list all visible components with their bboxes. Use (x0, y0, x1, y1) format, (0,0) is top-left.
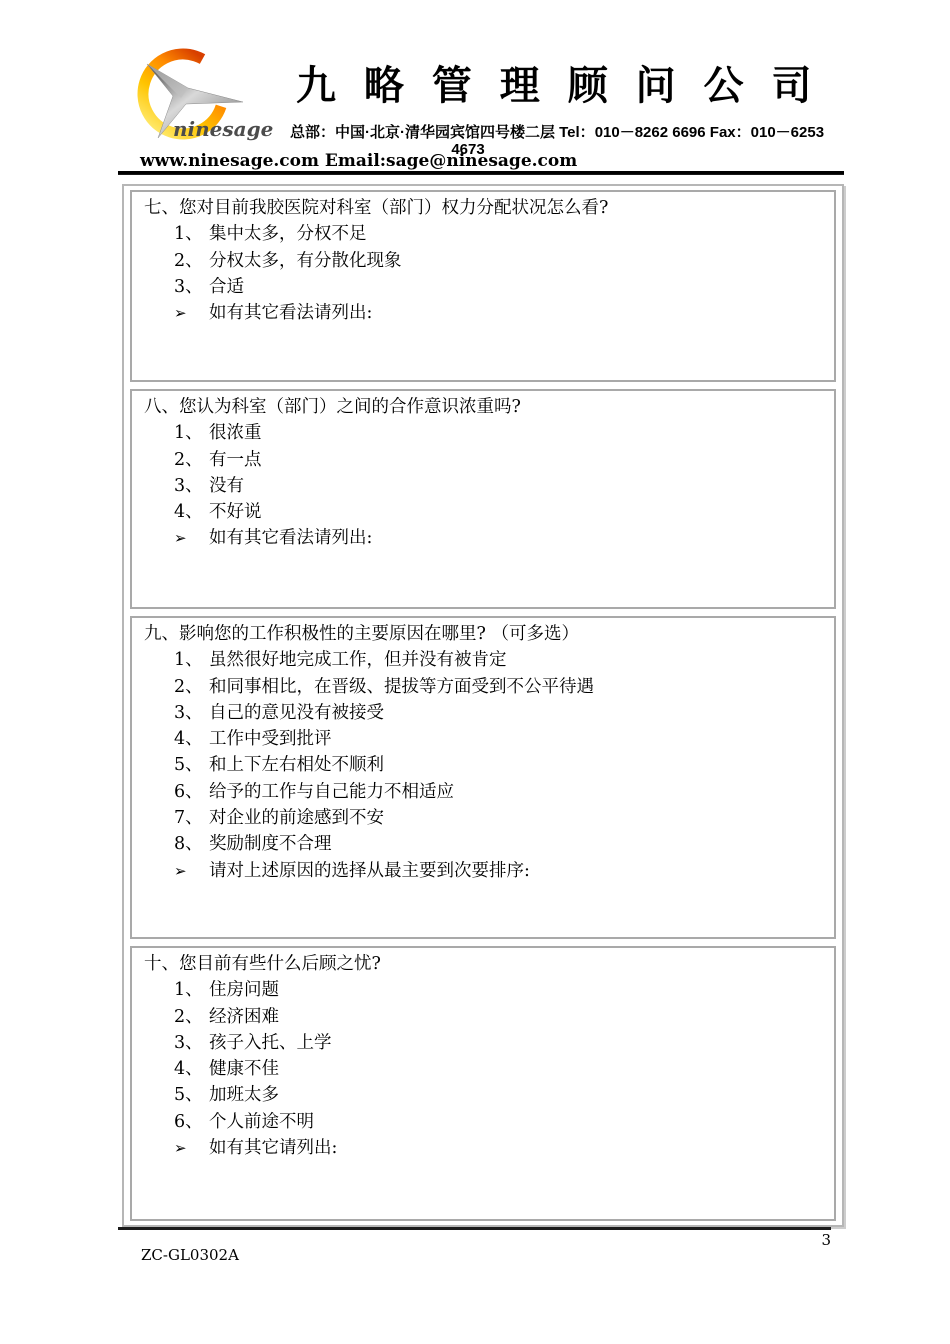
option-number: 3、 (174, 274, 209, 300)
option-text: 健康不佳 (209, 1056, 279, 1082)
option-row: 1、虽然很好地完成工作，但并没有被肯定 (174, 647, 822, 673)
option-row: 7、对企业的前途感到不安 (174, 805, 822, 831)
other-prompt-row: ➢如有其它看法请列出: (174, 525, 822, 551)
option-text: 对企业的前途感到不安 (209, 805, 384, 831)
arrow-bullet-icon: ➢ (174, 858, 209, 884)
option-text: 和同事相比，在晋级、提拔等方面受到不公平待遇 (209, 674, 594, 700)
option-row: 4、工作中受到批评 (174, 726, 822, 752)
option-text: 住房问题 (209, 977, 279, 1003)
option-row: 2、分权太多，有分散化现象 (174, 248, 822, 274)
question-box-7: 七、您对目前我胶医院对科室（部门）权力分配状况怎么看?1、集中太多，分权不足2、… (130, 190, 836, 382)
ninesage-wordmark: ninesage (173, 117, 273, 141)
arrow-bullet-icon: ➢ (174, 525, 209, 551)
question-title: 十、您目前有些什么后顾之忧? (144, 951, 822, 977)
option-text: 没有 (209, 473, 244, 499)
option-row: 3、合适 (174, 274, 822, 300)
option-text: 集中太多，分权不足 (209, 221, 367, 247)
option-text: 很浓重 (209, 420, 262, 446)
other-prompt-text: 请对上述原因的选择从最主要到次要排序: (209, 858, 530, 884)
question-title: 七、您对目前我胶医院对科室（部门）权力分配状况怎么看? (144, 195, 822, 221)
option-number: 2、 (174, 1004, 209, 1030)
option-row: 2、经济困难 (174, 1004, 822, 1030)
option-text: 孩子入托、上学 (209, 1030, 332, 1056)
document-code: ZC-GL0302A (141, 1246, 239, 1264)
option-text: 不好说 (209, 499, 262, 525)
option-text: 分权太多，有分散化现象 (209, 248, 402, 274)
option-row: 8、奖励制度不合理 (174, 831, 822, 857)
option-number: 6、 (174, 1109, 209, 1135)
option-number: 4、 (174, 726, 209, 752)
option-text: 有一点 (209, 447, 262, 473)
arrow-bullet-icon: ➢ (174, 300, 209, 326)
option-row: 3、孩子入托、上学 (174, 1030, 822, 1056)
option-number: 2、 (174, 248, 209, 274)
footer-divider (118, 1227, 831, 1230)
option-number: 3、 (174, 473, 209, 499)
question-title: 九、影响您的工作积极性的主要原因在哪里? （可多选） (144, 621, 822, 647)
question-title: 八、您认为科室（部门）之间的合作意识浓重吗? (144, 394, 822, 420)
option-text: 经济困难 (209, 1004, 279, 1030)
arrow-bullet-icon: ➢ (174, 1135, 209, 1161)
company-name: 九 略 管 理 顾 问 公 司 (296, 54, 801, 111)
option-row: 3、没有 (174, 473, 822, 499)
option-row: 5、加班太多 (174, 1082, 822, 1108)
option-row: 1、住房问题 (174, 977, 822, 1003)
header-divider (118, 171, 844, 175)
option-text: 自己的意见没有被接受 (209, 700, 384, 726)
option-text: 个人前途不明 (209, 1109, 314, 1135)
option-number: 7、 (174, 805, 209, 831)
option-number: 1、 (174, 977, 209, 1003)
web-email-line: www.ninesage.com Email:sage@ninesage.com (140, 151, 577, 171)
option-number: 6、 (174, 779, 209, 805)
option-row: 3、自己的意见没有被接受 (174, 700, 822, 726)
option-number: 1、 (174, 221, 209, 247)
option-number: 3、 (174, 700, 209, 726)
question-box-9: 九、影响您的工作积极性的主要原因在哪里? （可多选）1、虽然很好地完成工作，但并… (130, 616, 836, 939)
option-number: 3、 (174, 1030, 209, 1056)
option-row: 5、和上下左右相处不顺利 (174, 752, 822, 778)
option-text: 和上下左右相处不顺利 (209, 752, 384, 778)
other-prompt-row: ➢如有其它看法请列出: (174, 300, 822, 326)
option-number: 5、 (174, 1082, 209, 1108)
option-number: 4、 (174, 1056, 209, 1082)
ninesage-logo: ninesage (131, 46, 303, 146)
hq-address-line: 总部：中国·北京·清华园宾馆四号楼二层 Tel：010－8262 6696 Fa… (286, 124, 828, 141)
other-prompt-text: 如有其它看法请列出: (209, 300, 372, 326)
option-number: 1、 (174, 647, 209, 673)
option-text: 奖励制度不合理 (209, 831, 332, 857)
option-row: 4、不好说 (174, 499, 822, 525)
option-row: 4、健康不佳 (174, 1056, 822, 1082)
option-row: 1、很浓重 (174, 420, 822, 446)
option-number: 2、 (174, 674, 209, 700)
other-prompt-text: 如有其它看法请列出: (209, 525, 372, 551)
option-text: 给予的工作与自己能力不相适应 (209, 779, 454, 805)
option-text: 加班太多 (209, 1082, 279, 1108)
option-row: 1、集中太多，分权不足 (174, 221, 822, 247)
option-number: 5、 (174, 752, 209, 778)
question-box-10: 十、您目前有些什么后顾之忧?1、住房问题2、经济困难3、孩子入托、上学4、健康不… (130, 946, 836, 1221)
question-box-8: 八、您认为科室（部门）之间的合作意识浓重吗?1、很浓重2、有一点3、没有4、不好… (130, 389, 836, 609)
option-row: 2、有一点 (174, 447, 822, 473)
option-row: 6、给予的工作与自己能力不相适应 (174, 779, 822, 805)
other-prompt-row: ➢请对上述原因的选择从最主要到次要排序: (174, 858, 822, 884)
option-text: 工作中受到批评 (209, 726, 332, 752)
option-text: 合适 (209, 274, 244, 300)
option-number: 4、 (174, 499, 209, 525)
other-prompt-text: 如有其它请列出: (209, 1135, 337, 1161)
questionnaire-page: { "header": { "brand": "ninesage", "comp… (0, 0, 950, 1344)
other-prompt-row: ➢如有其它请列出: (174, 1135, 822, 1161)
option-text: 虽然很好地完成工作，但并没有被肯定 (209, 647, 507, 673)
option-number: 8、 (174, 831, 209, 857)
option-row: 2、和同事相比，在晋级、提拔等方面受到不公平待遇 (174, 674, 822, 700)
ninesage-logo-icon: ninesage (131, 46, 303, 146)
questionnaire-frame: 七、您对目前我胶医院对科室（部门）权力分配状况怎么看?1、集中太多，分权不足2、… (122, 184, 844, 1227)
option-row: 6、个人前途不明 (174, 1109, 822, 1135)
option-number: 2、 (174, 447, 209, 473)
option-number: 1、 (174, 420, 209, 446)
